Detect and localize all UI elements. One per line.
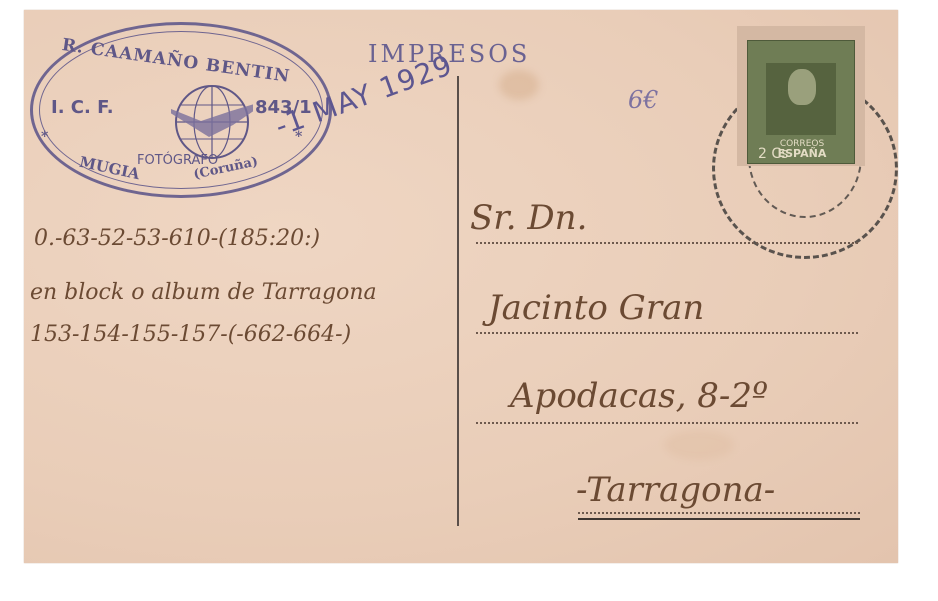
address-line-4 <box>578 512 860 514</box>
address-line-1 <box>476 242 858 244</box>
divider-line <box>457 76 459 526</box>
globe-eagle-icon <box>171 81 253 163</box>
address-salutation: Sr. Dn. <box>470 198 587 238</box>
address-name: Jacinto Gran <box>488 288 704 328</box>
stamp-value: 2 Cs <box>758 149 788 159</box>
stain <box>499 70 539 100</box>
city-underline <box>578 518 860 520</box>
address-line-2 <box>476 332 858 334</box>
pencil-price-note: 6€ <box>628 86 659 114</box>
ornament-left: * <box>41 129 48 145</box>
stain <box>664 430 734 460</box>
king-portrait-icon <box>766 63 836 135</box>
left-code: I. C. F. <box>51 97 114 118</box>
address-street: Apodacas, 8-2º <box>510 376 768 416</box>
address-line-3 <box>476 422 858 424</box>
note-line-1: 0.-63-52-53-610-(185:20:) <box>34 226 320 251</box>
note-line-3: 153-154-155-157-(-662-664-) <box>30 322 351 347</box>
address-city: -Tarragona- <box>576 470 775 510</box>
postage-stamp: CORREOS ESPAÑA 2 Cs <box>737 26 865 166</box>
note-line-2: en block o album de Tarragona <box>30 280 377 305</box>
